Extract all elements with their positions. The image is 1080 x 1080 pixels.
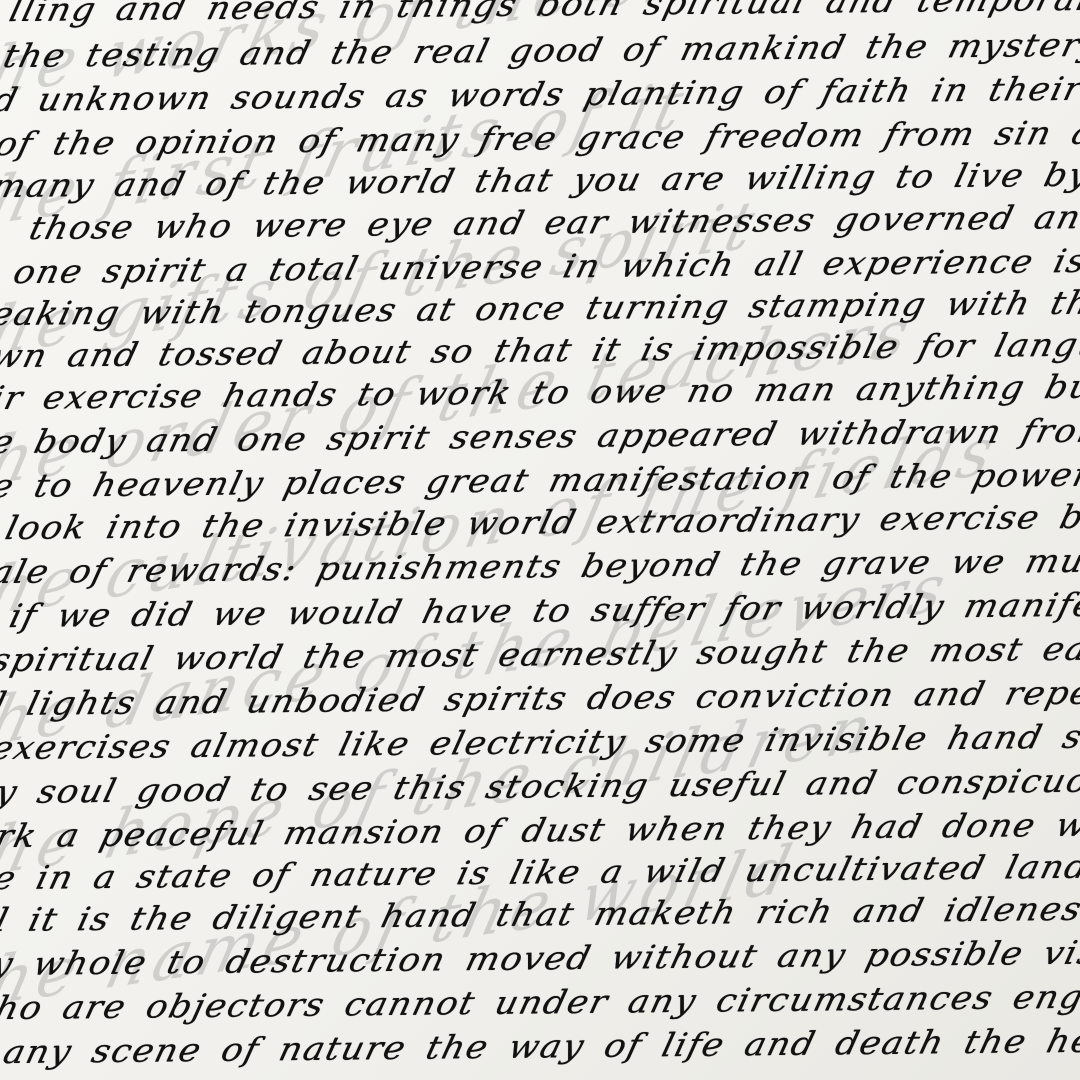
handwritten-line: spiritual world the most earnestly sough… (0, 629, 1080, 678)
handwritten-line: eaking with tongues at once turning stam… (0, 283, 1080, 332)
handwritten-line: many and of the world that you are willi… (0, 156, 1080, 204)
handwritten-line: e in a state of nature is like a wild un… (0, 850, 1080, 897)
handwritten-line: ir exercise hands to work to owe no man … (0, 368, 1080, 417)
handwritten-line: one spirit a total universe in which all… (10, 243, 1080, 290)
handwritten-line: look into the invisible world extraordin… (2, 498, 1080, 546)
handwritten-line: e body and one spirit senses appeared wi… (0, 412, 1080, 461)
handwritten-line: ale of rewards: punishments beyond the g… (0, 541, 1080, 590)
handwritten-line: l lights and unbodied spirits does convi… (0, 673, 1080, 722)
handwritten-line: y whole to destruction moved without any… (0, 932, 1080, 982)
handwritten-line: those who were eye and ear witnesses gov… (26, 199, 1080, 247)
handwritten-line: rk a peaceful mansion of dust when they … (0, 806, 1080, 854)
handwritten-line: the testing and the real good of mankind… (0, 27, 1080, 74)
handwritten-line: ho are objectors cannot under any circum… (0, 976, 1080, 1026)
handwritten-line: l it is the diligent hand that maketh ri… (0, 890, 1080, 938)
handwritten-text-artwork: the works of the cross the first fruits … (0, 0, 1080, 1080)
black-handwritten-lines: lling and needs in things both spiritual… (0, 0, 1080, 1080)
handwritten-line: e to heavenly places great manifestation… (0, 457, 1080, 505)
handwritten-line: d unknown sounds as words planting of fa… (0, 70, 1080, 119)
handwritten-line: y soul good to see this stocking useful … (0, 761, 1080, 811)
handwritten-line: lling and needs in things both spiritual… (6, 0, 1080, 29)
handwritten-line: wn and tossed about so that it is imposs… (0, 327, 1080, 375)
handwritten-line: any scene of nature the way of life and … (0, 1021, 1080, 1070)
handwritten-line: exercises almost like electricity some i… (0, 717, 1080, 767)
handwritten-line: if we did we would have to suffer for wo… (6, 586, 1080, 634)
handwritten-line: of the opinion of many free grace freedo… (0, 115, 1080, 162)
